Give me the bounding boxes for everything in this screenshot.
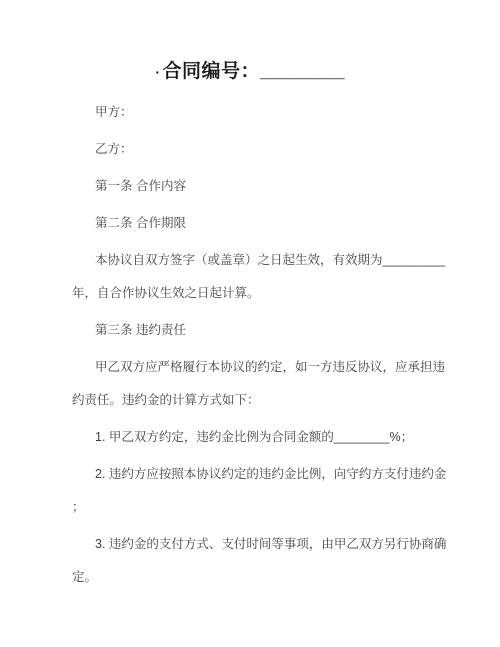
paragraph: 本协议自双方签字（或盖章）之日起生效，有效期为_________年，自合作协议生…	[72, 244, 460, 310]
text-line: 第二条 合作期限	[72, 207, 460, 240]
text-line: 1. 甲乙双方约定，违约金比例为合同金额的________%；	[72, 421, 460, 454]
text-line: 年，自合作协议生效之日起计算。	[72, 277, 460, 310]
text-line: 3. 违约金的支付方式、支付时间等事项，由甲乙双方另行协商确	[72, 528, 460, 561]
contract-document-page: · 合同编号： ________ 甲方：乙方：第一条 合作内容第二条 合作期限本…	[0, 0, 500, 647]
text-line: 定。	[72, 561, 460, 594]
paragraph: 甲乙双方应严格履行本协议的约定，如一方违反协议，应承担违约责任。违约金的计算方式…	[72, 351, 460, 417]
paragraph: 3. 违约金的支付方式、支付时间等事项，由甲乙双方另行协商确定。	[72, 528, 460, 594]
text-line: 甲方：	[72, 96, 460, 129]
contract-number-blank-field: ________	[260, 59, 345, 85]
text-line: 2. 违约方应按照本协议约定的违约金比例，向守约方支付违约金	[72, 458, 460, 491]
text-line: 本协议自双方签字（或盖章）之日起生效，有效期为_________	[72, 244, 460, 277]
text-line: 约责任。违约金的计算方式如下：	[72, 384, 460, 417]
title-label: 合同编号：	[163, 59, 261, 85]
paragraph: 1. 甲乙双方约定，违约金比例为合同金额的________%；	[72, 421, 460, 454]
text-line: 第三条 违约责任	[72, 314, 460, 347]
paragraph: 第三条 违约责任	[72, 314, 460, 347]
title-bullet-dot: ·	[155, 57, 160, 85]
text-line: ；	[72, 491, 460, 524]
contract-body: 甲方：乙方：第一条 合作内容第二条 合作期限本协议自双方签字（或盖章）之日起生效…	[0, 96, 500, 594]
paragraph: 2. 违约方应按照本协议约定的违约金比例，向守约方支付违约金；	[72, 458, 460, 524]
paragraph: 甲方：	[72, 96, 460, 129]
paragraph: 第二条 合作期限	[72, 207, 460, 240]
paragraph: 第一条 合作内容	[72, 170, 460, 203]
text-line: 甲乙双方应严格履行本协议的约定，如一方违反协议，应承担违	[72, 351, 460, 384]
text-line: 乙方：	[72, 133, 460, 166]
contract-title: · 合同编号： ________	[0, 0, 500, 85]
text-line: 第一条 合作内容	[72, 170, 460, 203]
paragraph: 乙方：	[72, 133, 460, 166]
